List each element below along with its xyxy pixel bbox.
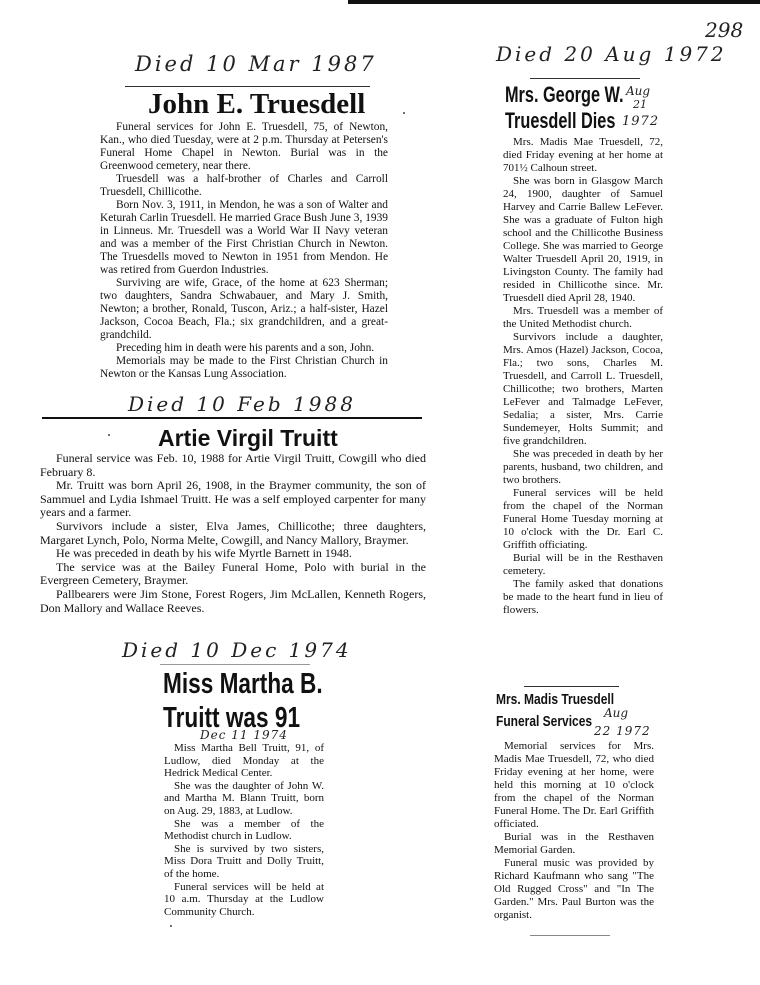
paragraph: Memorials may be made to the First Chris… [100,355,388,381]
handwritten-note: 22 1972 [594,724,651,738]
paragraph: Preceding him in death were his parents … [100,342,388,355]
headline-line-2: Truesdell Dies [505,108,615,134]
paragraph: Pallbearers were Jim Stone, Forest Roger… [40,588,426,615]
handwritten-note: Aug [604,706,628,720]
paragraph: Funeral music was provided by Richard Ka… [494,857,654,922]
paragraph: She was a member of the Methodist church… [164,818,324,843]
divider [530,935,610,936]
handwritten-date: Died 20 Aug 1972 [496,42,727,66]
headline-line-1: Miss Martha B. [163,668,323,701]
paragraph: Burial was in the Resthaven Memorial Gar… [494,831,654,857]
obituary-body: Memorial services for Mrs. Madis Mae Tru… [494,740,654,922]
handwritten-date: Died 10 Mar 1987 [135,52,377,76]
obituary-body: Miss Martha Bell Truitt, 91, of Ludlow, … [164,742,324,918]
scan-speck [108,434,110,436]
scan-speck [170,925,172,927]
divider [125,86,370,87]
paragraph: Truesdell was a half-brother of Charles … [100,173,388,199]
paragraph: She was preceded in death by her parents… [503,448,663,487]
scan-speck [403,112,405,114]
obituary-body: Mrs. Madis Mae Truesdell, 72, died Frida… [503,136,663,617]
handwritten-note: Aug [626,84,650,98]
obituary-body: Funeral services for John E. Truesdell, … [100,121,388,381]
divider [42,417,422,419]
handwritten-note: 1972 [622,114,659,129]
paragraph: Survivors include a daughter, Mrs. Amos … [503,331,663,448]
headline-line-1: Mrs. Madis Truesdell [496,691,614,708]
paragraph: She was the daughter of John W. and Mart… [164,780,324,818]
paragraph: She was born in Glasgow March 24, 1900, … [503,175,663,305]
paragraph: Mrs. Madis Mae Truesdell, 72, died Frida… [503,136,663,175]
paragraph: Funeral services will be held from the c… [503,487,663,552]
paragraph: She is survived by two sisters, Miss Dor… [164,843,324,881]
handwritten-date: Died 10 Feb 1988 [128,392,356,416]
headline: Artie Virgil Truitt [158,425,338,452]
paragraph: Burial will be in the Resthaven cemetery… [503,552,663,578]
divider [530,78,640,79]
paragraph: Survivors include a sister, Elva James, … [40,520,426,547]
paragraph: He was preceded in death by his wife Myr… [40,547,426,561]
paragraph: Memorial services for Mrs. Madis Mae Tru… [494,740,654,831]
paragraph: Funeral service was Feb. 10, 1988 for Ar… [40,452,426,479]
paragraph: Funeral services for John E. Truesdell, … [100,121,388,173]
handwritten-note: 21 [633,98,647,111]
obituary-body: Funeral service was Feb. 10, 1988 for Ar… [40,452,426,615]
paragraph: Mr. Truitt was born April 26, 1908, in t… [40,479,426,520]
paragraph: Surviving are wife, Grace, of the home a… [100,277,388,342]
paragraph: The family asked that donations be made … [503,578,663,617]
headline-line-1: Mrs. George W. [505,82,624,108]
paragraph: The service was at the Bailey Funeral Ho… [40,561,426,588]
headline-line-2: Funeral Services [496,713,592,730]
paragraph: Miss Martha Bell Truitt, 91, of Ludlow, … [164,742,324,780]
page-number: 298 [705,18,743,42]
divider [524,686,619,687]
paragraph: Born Nov. 3, 1911, in Mendon, he was a s… [100,199,388,277]
divider [160,664,310,665]
handwritten-date: Died 10 Dec 1974 [122,638,352,662]
paragraph: Mrs. Truesdell was a member of the Unite… [503,305,663,331]
scan-edge-bar [348,0,760,4]
headline: John E. Truesdell [148,88,365,121]
paragraph: Funeral services will be held at 10 a.m.… [164,881,324,919]
handwritten-note: Dec 11 1974 [200,728,288,742]
